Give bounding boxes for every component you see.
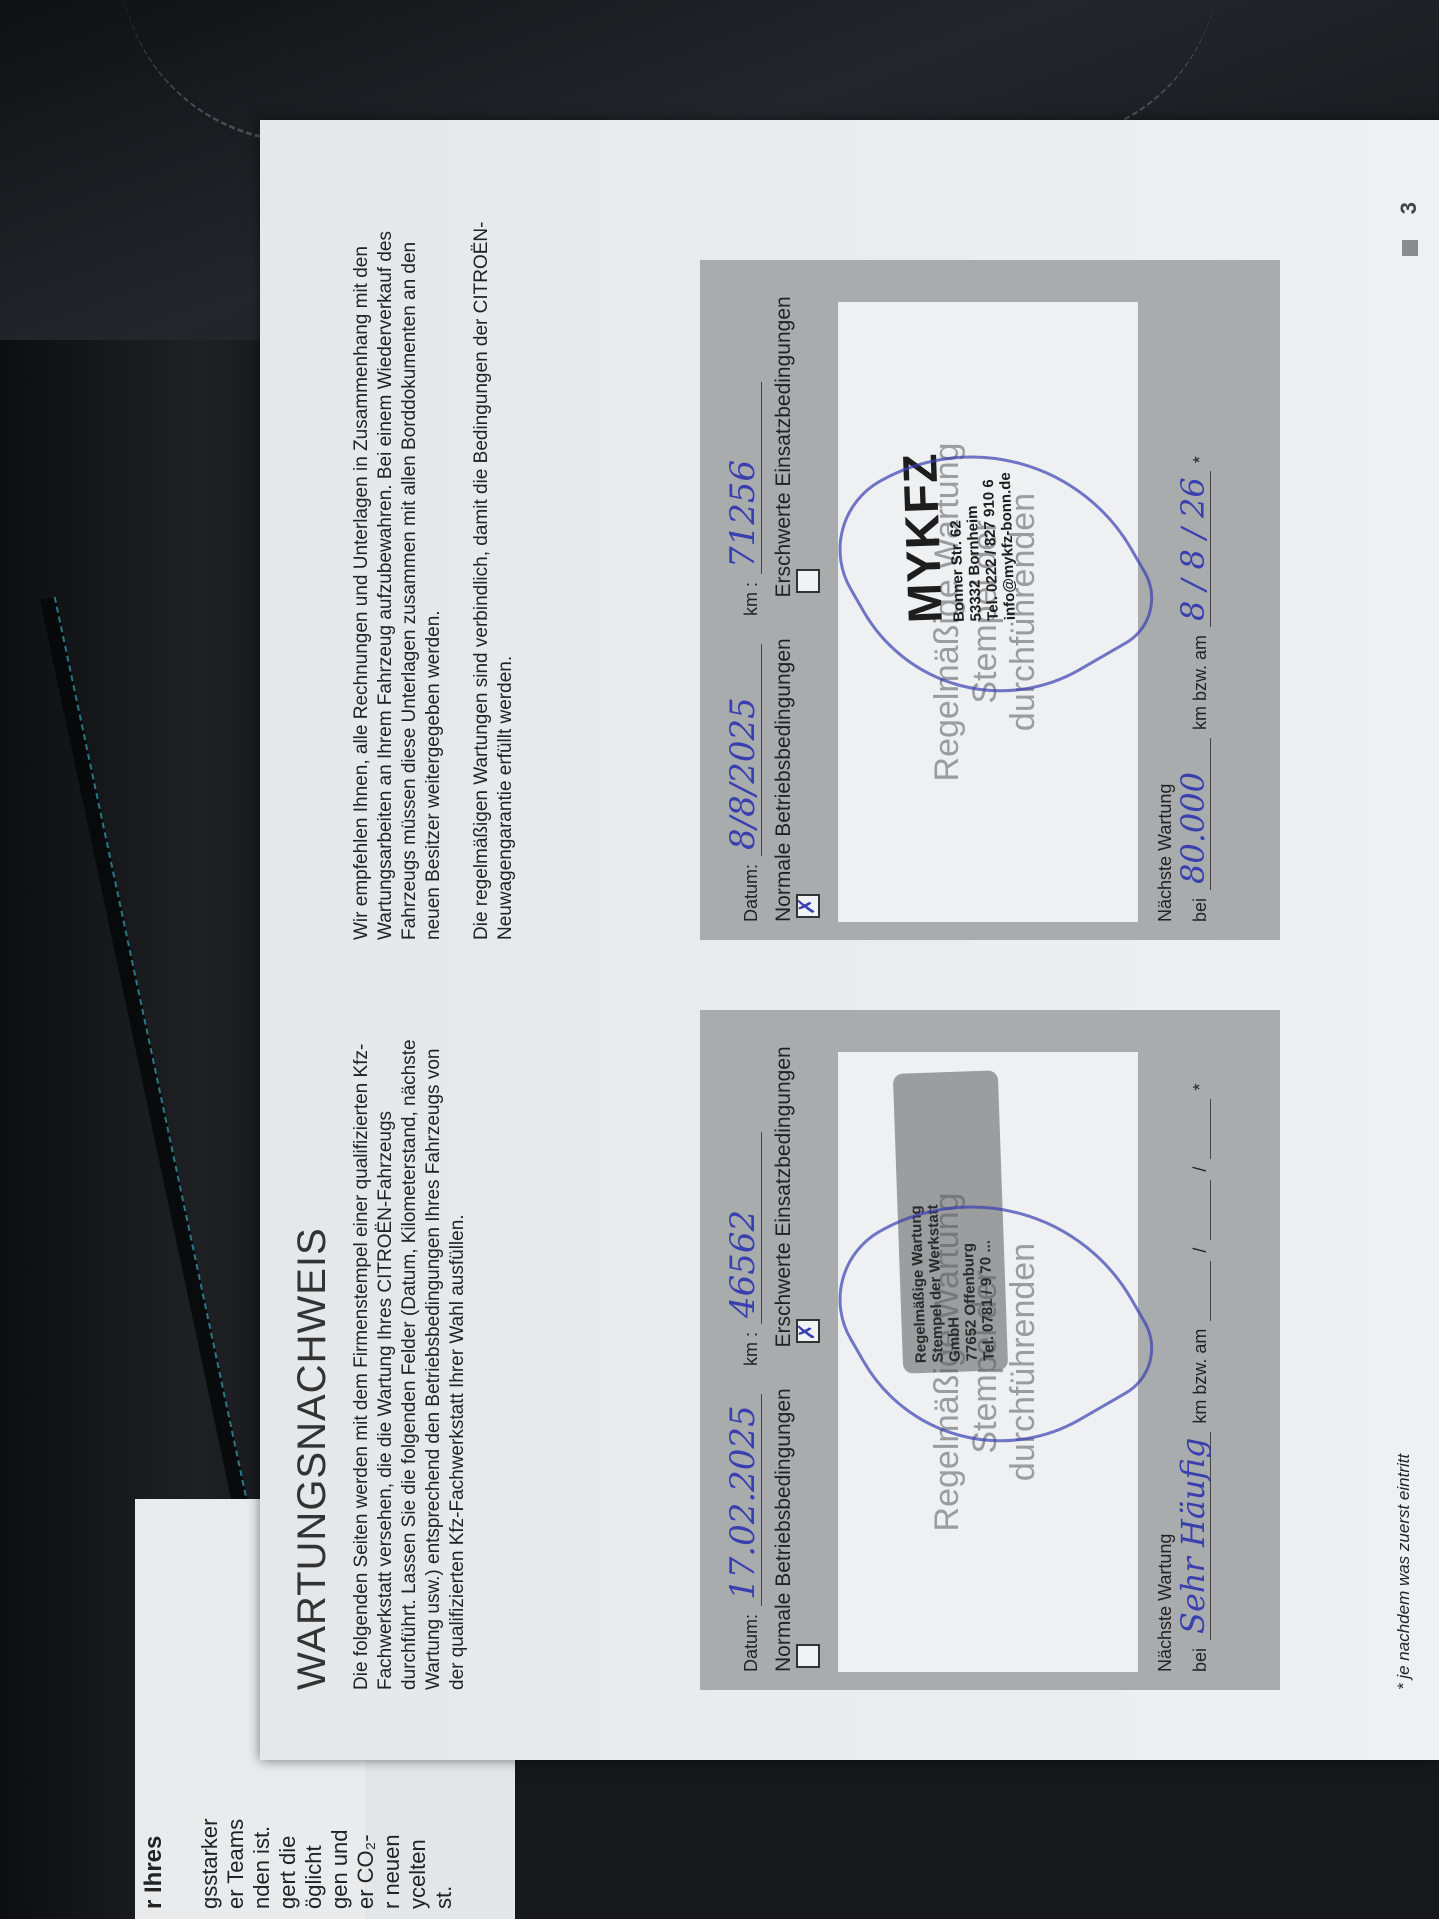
at-label: bei xyxy=(1189,1648,1211,1672)
date-label: Datum: xyxy=(741,1614,762,1672)
previous-page-line: gsstarker xyxy=(197,1509,223,1909)
next-service-label: Nächste Wartung xyxy=(1154,278,1176,922)
km-or-on-label: km bzw. am xyxy=(1189,1329,1211,1424)
normal-conditions-option[interactable]: Normale Betriebsbedingungen xyxy=(772,1370,820,1673)
normal-conditions-label: Normale Betriebsbedingungen xyxy=(772,1388,795,1672)
date-value[interactable]: 8/8/2025 xyxy=(725,644,762,856)
binding-note: Die regelmäßigen Wartungen sind verbindl… xyxy=(470,220,518,940)
next-service-label: Nächste Wartung xyxy=(1154,1028,1176,1672)
severe-conditions-option[interactable]: Erschwerte Einsatzbedingungen✗ xyxy=(772,1028,820,1348)
recommendation-text: Wir empfehlen Ihnen, alle Rechnungen und… xyxy=(350,220,446,940)
next-at-value[interactable]: 80.000 xyxy=(1176,738,1211,890)
subheading-fragment: r Ihres xyxy=(141,1509,167,1909)
severe-conditions-checkbox[interactable] xyxy=(796,570,820,594)
page-marker xyxy=(1402,240,1418,256)
left-column: WARTUNGSNACHWEIS Die folgenden Seiten we… xyxy=(260,990,1439,1690)
km-label: km : xyxy=(741,582,762,616)
normal-conditions-checkbox[interactable]: ✗ xyxy=(796,894,820,918)
next-day[interactable] xyxy=(1186,1261,1211,1321)
next-month[interactable] xyxy=(1186,1180,1211,1240)
km-or-on-label: km bzw. am xyxy=(1189,635,1211,730)
severe-conditions-checkbox[interactable]: ✗ xyxy=(796,1320,820,1344)
km-value[interactable]: 46562 xyxy=(725,1132,762,1324)
next-date-value[interactable]: 8 / 8 / 26 xyxy=(1176,471,1211,627)
severe-conditions-label: Erschwerte Einsatzbedingungen xyxy=(772,1046,795,1347)
page-number: 3 xyxy=(1396,202,1422,214)
next-at-value[interactable]: Sehr Häufig xyxy=(1176,1432,1211,1640)
next-year[interactable] xyxy=(1186,1099,1211,1159)
stamp-area: Regelmäßige WartungStempel der durchführ… xyxy=(838,1052,1138,1672)
date-value[interactable]: 17.02.2025 xyxy=(725,1394,762,1606)
severe-conditions-option[interactable]: Erschwerte Einsatzbedingungen xyxy=(772,278,820,598)
km-value[interactable]: 71256 xyxy=(725,382,762,574)
previous-page-line: er Teams xyxy=(223,1509,249,1909)
normal-conditions-checkbox[interactable] xyxy=(796,1644,820,1668)
service-entry-2: Datum: 8/8/2025 km : 71256 Normale Betri… xyxy=(700,260,1280,940)
booklet-page: WARTUNGSNACHWEIS Die folgenden Seiten we… xyxy=(260,120,1439,1760)
km-label: km : xyxy=(741,1332,762,1366)
at-label: bei xyxy=(1189,898,1211,922)
next-service: Nächste Wartung bei Sehr Häufig km bzw. … xyxy=(1154,1028,1211,1672)
page-title: WARTUNGSNACHWEIS xyxy=(290,1227,335,1690)
normal-conditions-option[interactable]: Normale Betriebsbedingungen✗ xyxy=(772,620,820,923)
intro-text: Die folgenden Seiten werden mit dem Firm… xyxy=(350,1030,470,1690)
next-service: Nächste Wartung bei 80.000 km bzw. am 8 … xyxy=(1154,278,1211,922)
date-label: Datum: xyxy=(741,864,762,922)
right-column: Wir empfehlen Ihnen, alle Rechnungen und… xyxy=(260,180,1439,940)
normal-conditions-label: Normale Betriebsbedingungen xyxy=(772,638,795,922)
service-entry-1: Datum: 17.02.2025 km : 46562 Normale Bet… xyxy=(700,1010,1280,1690)
stamp-area: Regelmäßige WartungStempel der durchführ… xyxy=(838,302,1138,922)
footnote: * je nachdem was zuerst eintritt xyxy=(1394,1454,1414,1690)
severe-conditions-label: Erschwerte Einsatzbedingungen xyxy=(772,296,795,597)
